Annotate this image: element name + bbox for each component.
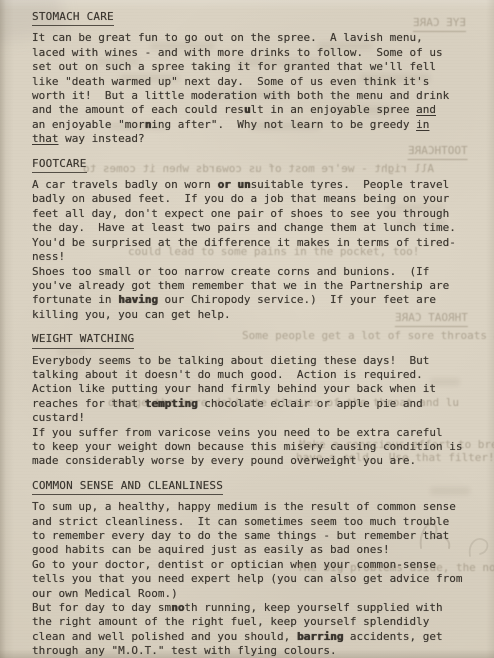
text-run: lt in an enjoyable spree — [251, 103, 417, 116]
section: WEIGHT WATCHINGEverybody seems to be tal… — [32, 332, 468, 469]
section: STOMACH CAREIt can be great fun to go ou… — [32, 10, 468, 147]
text-run: way instead? — [59, 132, 145, 145]
section-body: Everybody seems to be talking about diet… — [32, 354, 468, 469]
text-run: tempting — [145, 397, 198, 410]
ink-squiggle — [466, 532, 494, 562]
section-heading: WEIGHT WATCHING — [32, 332, 134, 348]
section: FOOTCAREA car travels badly on worn or u… — [32, 157, 468, 322]
text-run: A car travels badly on worn — [32, 178, 217, 191]
section-body: It can be great fun to go out on the spr… — [32, 31, 468, 146]
text-run: that — [32, 132, 59, 145]
text-run: in — [416, 118, 429, 131]
typewritten-content: STOMACH CAREIt can be great fun to go ou… — [32, 10, 468, 658]
text-run: or un — [217, 178, 250, 191]
section-heading: COMMON SENSE AND CLEANLINESS — [32, 479, 223, 495]
text-run: barring — [297, 630, 343, 643]
text-run: having — [118, 293, 158, 306]
text-run: no — [171, 601, 184, 614]
section: COMMON SENSE AND CLEANLINESSTo sum up, a… — [32, 479, 468, 658]
text-run: To sum up, a healthy, happy medium is th… — [32, 500, 462, 614]
text-run: and — [416, 103, 436, 116]
text-run: an enjoyable "mor — [32, 118, 145, 131]
section-heading: FOOTCARE — [32, 157, 87, 173]
text-run: u — [244, 103, 251, 116]
section-body: To sum up, a healthy, happy medium is th… — [32, 500, 468, 658]
text-run: suitable tyres. People travel badly on a… — [32, 178, 456, 306]
scanned-document-page: EYE CARETOOTHCAREAll right - we're most … — [0, 0, 494, 658]
section-heading: STOMACH CARE — [32, 10, 114, 26]
text-run: ing after". Why not learn to be greedy — [151, 118, 416, 131]
section-body: A car travels badly on worn or unsuitabl… — [32, 178, 468, 322]
